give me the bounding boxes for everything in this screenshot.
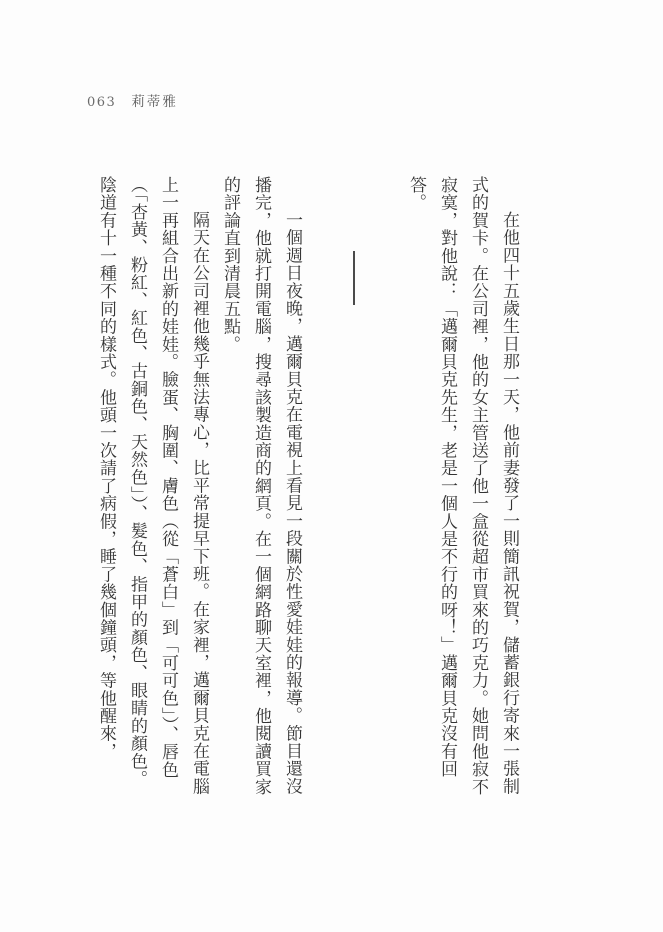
text-block: 在他四十五歲生日那一天，他前妻發了一則簡訊祝賀，儲蓄銀行寄來一張制式的賀卡。在公… [90, 176, 524, 803]
chapter-title: 莉蒂雅 [131, 94, 178, 110]
page-number: 063 [87, 95, 116, 110]
running-header: 063莉蒂雅 [87, 90, 178, 110]
paragraph-2: 一個週日夜晚，邁爾貝克在電視上看見一段關於性愛娃娃的報導。節目還沒播完，他就打開… [214, 176, 307, 803]
paragraph-3: 隔天在公司裡他幾乎無法專心，比平常提早下班。在家裡，邁爾貝克在電腦上一再組合出新… [90, 176, 214, 803]
section-divider [338, 176, 369, 803]
book-page: 063莉蒂雅 在他四十五歲生日那一天，他前妻發了一則簡訊祝賀，儲蓄銀行寄來一張制… [0, 0, 663, 932]
section-divider-line [353, 251, 355, 305]
paragraph-1: 在他四十五歲生日那一天，他前妻發了一則簡訊祝賀，儲蓄銀行寄來一張制式的賀卡。在公… [400, 176, 524, 803]
